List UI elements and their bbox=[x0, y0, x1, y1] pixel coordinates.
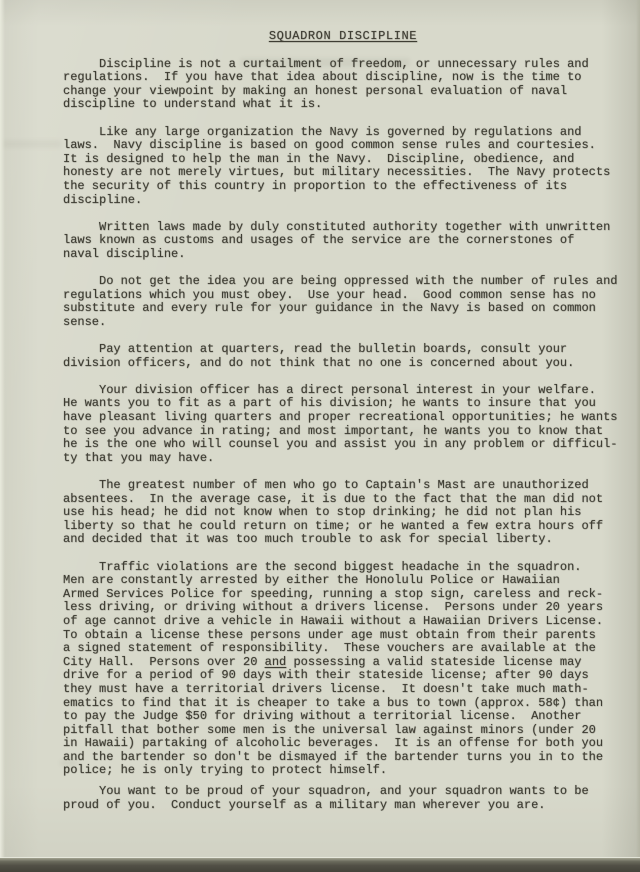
paragraph-pay-attention: Pay attention at quarters, read the bull… bbox=[63, 343, 623, 370]
paragraph-captains-mast: The greatest number of men who go to Cap… bbox=[63, 479, 623, 547]
bleed-through-smudge bbox=[2, 140, 62, 148]
paragraph-traffic-violations-pre: Traffic violations are the second bigges… bbox=[63, 560, 603, 669]
scanned-document-page: SQUADRON DISCIPLINE Discipline is not a … bbox=[0, 0, 640, 872]
paragraph-traffic-violations-post: possessing a valid stateside license may… bbox=[63, 655, 603, 778]
document-title: SQUADRON DISCIPLINE bbox=[63, 30, 623, 44]
paragraph-traffic-violations: Traffic violations are the second bigges… bbox=[63, 561, 623, 779]
paragraph-written-laws: Written laws made by duly constituted au… bbox=[63, 221, 623, 262]
paragraph-discipline-definition: Discipline is not a curtailment of freed… bbox=[63, 58, 623, 112]
paper-left-edge bbox=[0, 0, 5, 858]
paragraph-division-officer: Your division officer has a direct perso… bbox=[63, 384, 623, 466]
underlined-word-and: and bbox=[265, 655, 287, 669]
document-body: SQUADRON DISCIPLINE Discipline is not a … bbox=[63, 30, 623, 812]
paragraph-navy-regulations: Like any large organization the Navy is … bbox=[63, 126, 623, 208]
paragraph-closing: You want to be proud of your squadron, a… bbox=[63, 785, 623, 812]
paper-right-edge bbox=[636, 0, 640, 858]
paragraph-not-oppressed: Do not get the idea you are being oppres… bbox=[63, 275, 623, 329]
scan-bottom-edge bbox=[0, 858, 640, 872]
